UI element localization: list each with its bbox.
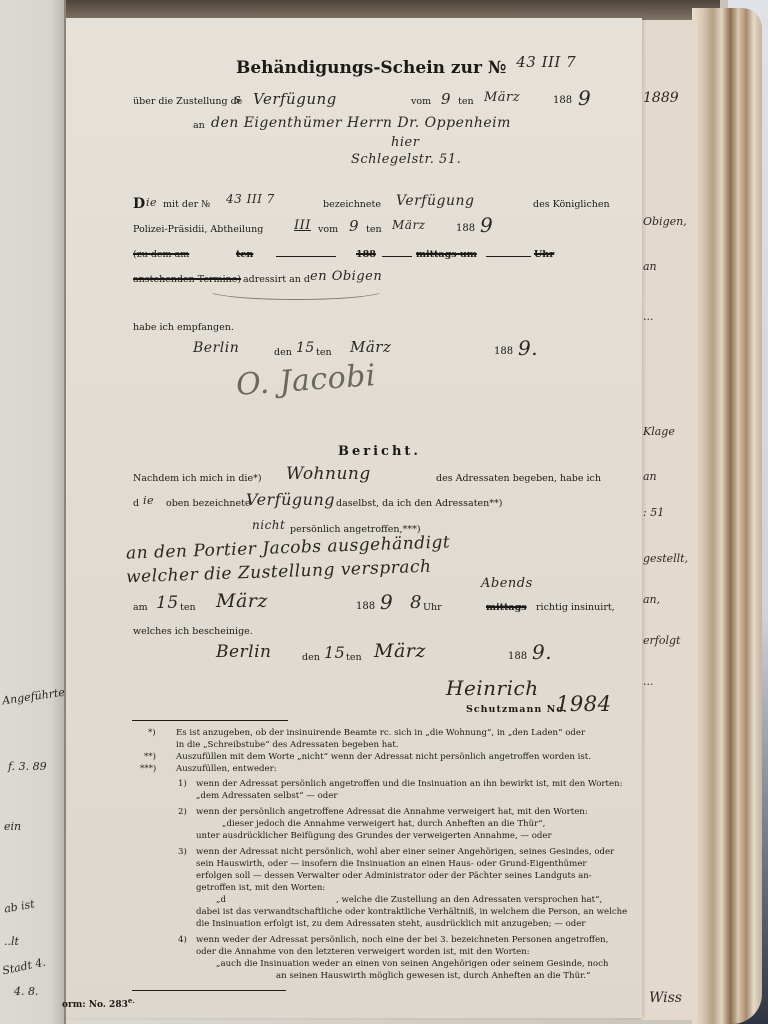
receipt-habe-ich-empfangen: habe ich empfangen. xyxy=(133,322,234,333)
left-margin-note: ..lt xyxy=(4,935,19,948)
bericht-year-digit: 9 xyxy=(380,590,393,614)
line4-vom: vom xyxy=(318,224,338,235)
book-page-edges xyxy=(692,8,762,1024)
footnote-text: dabei ist das verwandtschaftliche oder k… xyxy=(196,907,627,917)
bericht-sign-month: März xyxy=(374,640,426,662)
right-margin-note: ... xyxy=(643,310,654,323)
left-margin-note: f. 3. 89 xyxy=(8,760,47,773)
line1-ten: ten xyxy=(458,96,474,107)
line4-month: März xyxy=(392,218,426,232)
line2-prefix: an xyxy=(193,120,205,131)
line3-ie: ie xyxy=(146,196,157,209)
line4-day: 9 xyxy=(349,217,359,235)
bericht-place: Berlin xyxy=(216,642,272,662)
schutzmann-number: 1984 xyxy=(556,692,611,716)
line3-number: 43 III 7 xyxy=(226,192,275,206)
bericht-wohnung: Wohnung xyxy=(286,464,371,484)
footnote-text: an seinen Hauswirth möglich gewesen ist,… xyxy=(276,971,590,981)
footnote-text: erfolgen soll — dessen Verwalter oder Ad… xyxy=(196,871,592,881)
left-margin-note: Angeführte xyxy=(1,686,65,708)
bericht-hour: 8 xyxy=(410,592,422,613)
line4-ten: ten xyxy=(366,224,382,235)
receipt-den: den xyxy=(274,347,292,358)
footnote-text: Es ist anzugeben, ob der insinuirende Be… xyxy=(176,728,585,738)
line4-year-digit: 9 xyxy=(480,213,493,237)
line5-ten: ten xyxy=(236,249,253,260)
footnote-text: in die „Schreibstube“ des Adressaten beg… xyxy=(176,740,399,750)
form-title: Behändigungs-Schein zur № 43 III 7 xyxy=(236,58,572,78)
bericht-month: März xyxy=(216,590,268,612)
line3-koeniglichen: des Königlichen xyxy=(533,199,610,210)
schutzmann-signature: Heinrich xyxy=(446,676,539,700)
footnote-text: wenn der Adressat nicht persönlich, wohl… xyxy=(196,847,614,857)
left-margin-note: ein xyxy=(4,820,21,833)
bericht-line2-suffix: daselbst, da ich den Adressaten**) xyxy=(336,498,502,509)
strike-rule xyxy=(276,256,336,257)
line1-month: März xyxy=(484,90,520,105)
bericht-nicht: nicht xyxy=(252,518,285,532)
bericht-year-prefix: 188 xyxy=(356,601,375,612)
line1-year-digit: 9 xyxy=(578,86,591,110)
right-margin-note: Obigen, xyxy=(643,215,687,228)
receipt-signature-pencil: O. Jacobi xyxy=(235,358,377,403)
footnote-text: sein Hauswirth, oder — insofern die Insi… xyxy=(196,859,587,869)
footnote-text: „auch die Insinuation weder an einen von… xyxy=(216,959,608,969)
footnote-mark: *) xyxy=(148,728,156,738)
bericht-abends: Abends xyxy=(481,576,533,591)
bericht-ten: ten xyxy=(180,602,196,613)
right-margin-note: an xyxy=(643,260,657,273)
bericht-sign-day: 15 xyxy=(324,643,345,662)
line2-hier: hier xyxy=(391,135,419,150)
bericht-line1-prefix: Nachdem ich mich in die*) xyxy=(133,473,262,484)
footnote-text: unter ausdrücklicher Beifügung des Grund… xyxy=(196,831,552,841)
footnote-mark: ***) xyxy=(140,764,156,774)
bericht-am: am xyxy=(133,602,148,613)
line3-bezeichnete: bezeichnete xyxy=(323,199,381,210)
receipt-year-digit: 9. xyxy=(518,336,538,360)
line5-mittags-um: mittags um xyxy=(416,249,477,260)
line2-addressee: den Eigenthümer Herrn Dr. Oppenheim xyxy=(211,115,511,131)
line1-year-prefix: 188 xyxy=(553,95,572,106)
bericht-heading: Bericht. xyxy=(338,444,421,459)
receipt-year-prefix: 188 xyxy=(494,346,513,357)
right-margin-note: an xyxy=(643,470,657,483)
footnote-text: oder die Annahme von den letzteren verwe… xyxy=(196,947,530,957)
right-margin-note: an, xyxy=(643,593,660,606)
footnote-text: „dieser jedoch die Annahme verweigert ha… xyxy=(222,819,545,829)
strike-rule xyxy=(486,256,531,257)
footnote-text: Auszufüllen, entweder: xyxy=(176,764,277,774)
line2-street: Schlegelstr. 51. xyxy=(351,152,461,167)
receipt-ten: ten xyxy=(316,347,332,358)
line3-mit-der: mit der № xyxy=(163,199,210,210)
bericht-line2-d: d xyxy=(133,498,139,509)
footnote-text: „dem Adressaten selbst“ — oder xyxy=(196,791,338,801)
footnote-item-number: 3) xyxy=(178,847,187,857)
bericht-uhr: Uhr xyxy=(423,602,442,613)
line5-uhr: Uhr xyxy=(534,249,554,260)
bericht-mittags-struck: mittags xyxy=(486,602,527,613)
strike-rule xyxy=(382,256,412,257)
line4-polizei: Polizei-Präsidii, Abtheilung xyxy=(133,224,263,235)
footnote-text: getroffen ist, mit den Worten: xyxy=(196,883,325,893)
right-margin-note: gestellt, xyxy=(643,552,688,565)
line3-d: D xyxy=(133,196,145,212)
line1-day: 9 xyxy=(441,90,451,108)
bericht-sign-year-digit: 9. xyxy=(532,640,552,664)
footnote-item-number: 4) xyxy=(178,935,187,945)
bericht-richtig-insinuirt: richtig insinuirt, xyxy=(536,602,615,613)
bericht-bescheinige: welches ich bescheinige. xyxy=(133,626,253,637)
line1-hand-item: Verfügung xyxy=(253,90,337,108)
footnote-text: die Insinuation erfolgt ist, zu dem Adre… xyxy=(196,919,586,929)
line5-zu-dem-am: (zu dem am xyxy=(133,249,189,260)
receipt-place: Berlin xyxy=(193,340,239,356)
title-number-handwritten: 43 III 7 xyxy=(516,53,576,71)
behaendigungs-schein-form: Behändigungs-Schein zur № 43 III 7 über … xyxy=(66,18,642,1018)
footnote-separator xyxy=(132,720,288,721)
footnote-text: wenn der persönlich angetroffene Adressa… xyxy=(196,807,588,817)
bericht-sign-ten: ten xyxy=(346,652,362,663)
line1-prefix: über die Zustellung de xyxy=(133,96,242,107)
line4-abtheilung: III xyxy=(294,218,311,233)
line3-item: Verfügung xyxy=(396,193,474,209)
right-margin-note: 1889 xyxy=(643,90,679,106)
footnote-item-number: 2) xyxy=(178,807,187,817)
footnote-end-rule xyxy=(132,990,286,991)
bericht-verfuegung: Verfügung xyxy=(246,490,335,509)
left-margin-note: 4. 8. xyxy=(14,985,39,998)
right-margin-note: Wiss xyxy=(649,990,682,1006)
line5-year: 188 xyxy=(356,249,376,260)
line4-year-prefix: 188 xyxy=(456,223,475,234)
pen-flourish xyxy=(206,280,386,300)
line1-hand-suffix: s xyxy=(234,92,241,107)
receipt-month: März xyxy=(350,338,391,356)
left-margin-note: ab ist xyxy=(3,897,35,915)
bericht-den: den xyxy=(302,652,320,663)
schutzmann-label: Schutzmann No. xyxy=(466,704,568,715)
bericht-line2-oben: oben bezeichnete xyxy=(166,498,251,509)
underlying-page: 1889 Obigen, an ... Klage an : 51 gestel… xyxy=(640,20,698,1020)
footnote-text: Auszufüllen mit dem Worte „nicht“ wenn d… xyxy=(176,752,591,762)
receipt-day: 15 xyxy=(296,340,315,356)
bericht-sign-year-prefix: 188 xyxy=(508,651,527,662)
footnote-mark: **) xyxy=(144,752,156,762)
bericht-line1-suffix: des Adressaten begeben, habe ich xyxy=(436,473,601,484)
line1-vom: vom xyxy=(411,96,431,107)
right-margin-note: : 51 xyxy=(643,506,664,519)
book-photo: Angeführte f. 3. 89 ein ab ist ..lt Stad… xyxy=(0,0,768,1024)
footnote-text: , welche die Zustellung an den Adressate… xyxy=(336,895,602,905)
right-margin-note: Klage xyxy=(643,425,675,438)
footnote-item-number: 1) xyxy=(178,779,187,789)
footnote-text: „d xyxy=(216,895,226,905)
right-margin-note: ... xyxy=(643,675,654,688)
footnote-text: wenn weder der Adressat persönlich, noch… xyxy=(196,935,608,945)
form-number: orm: No. 283e. xyxy=(62,996,135,1010)
bericht-line2-ie: ie xyxy=(143,494,154,507)
left-margin-note: Stadt 4. xyxy=(1,956,47,978)
left-facing-page: Angeführte f. 3. 89 ein ab ist ..lt Stad… xyxy=(0,0,66,1024)
footnote-text: wenn der Adressat persönlich angetroffen… xyxy=(196,779,622,789)
bericht-day: 15 xyxy=(156,593,179,613)
right-margin-note: erfolgt xyxy=(643,634,680,647)
